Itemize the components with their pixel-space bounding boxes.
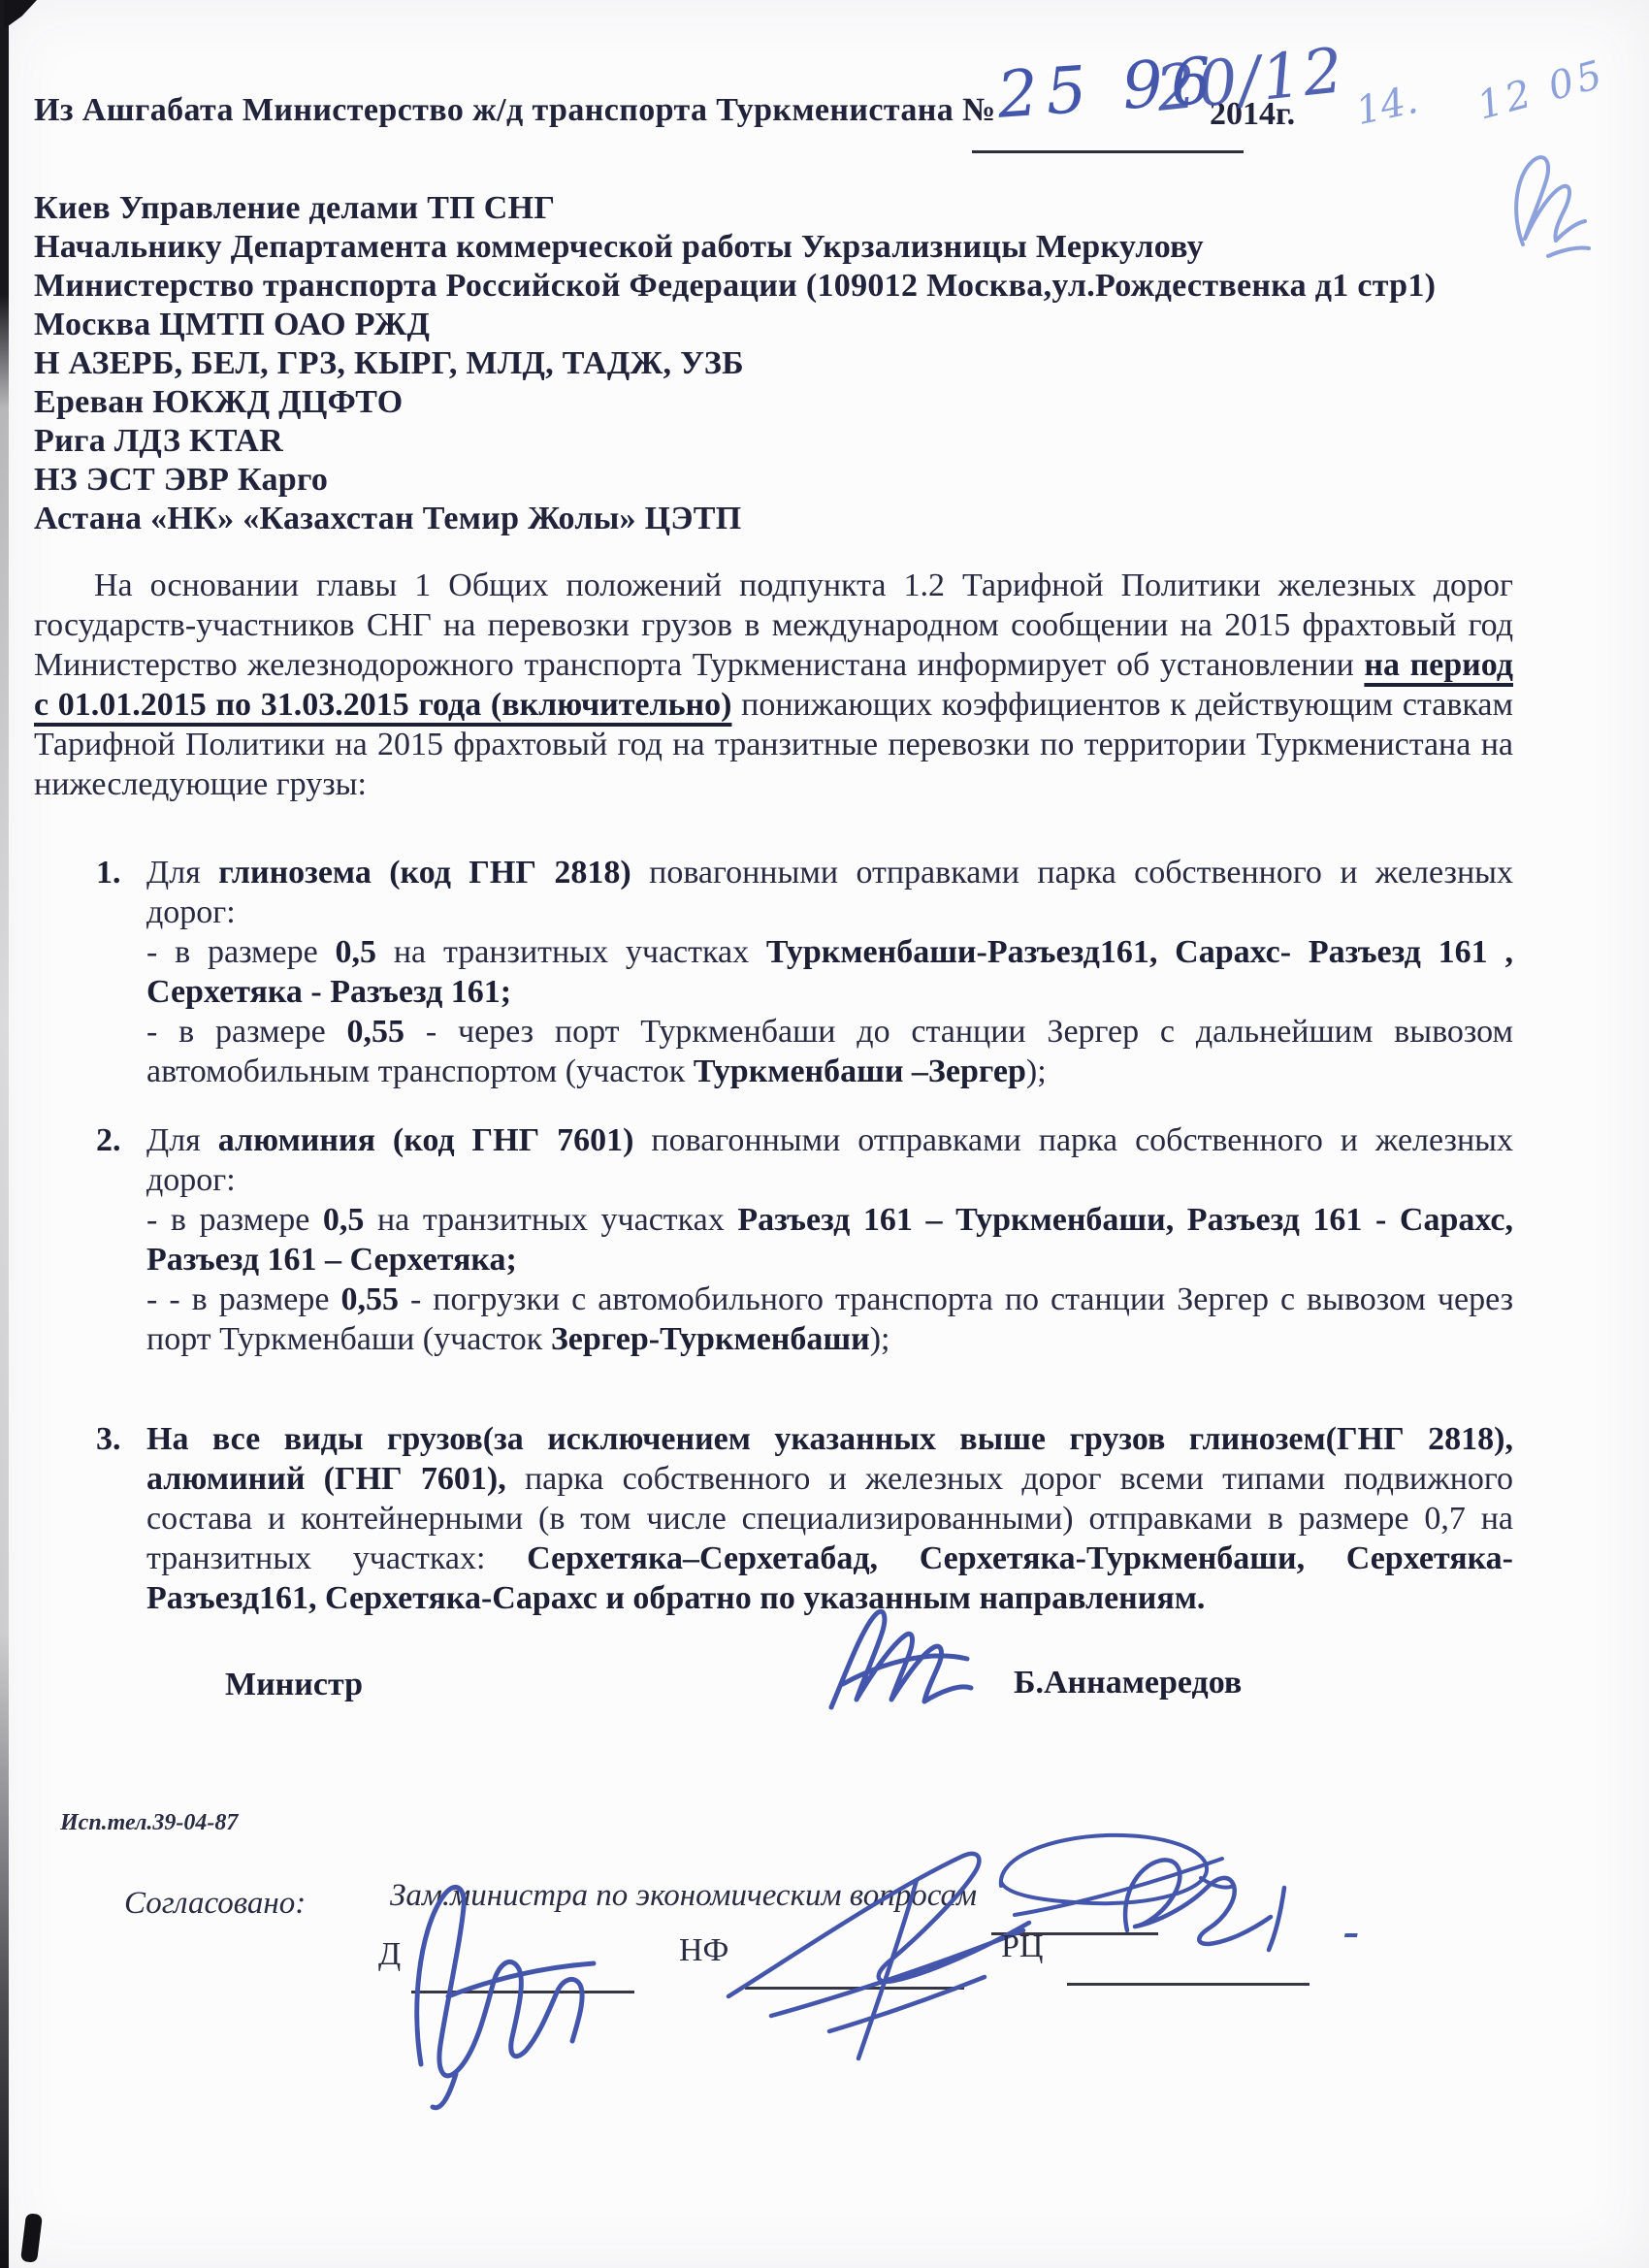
scanned-letter-page: Из Ашгабата Министерство ж/д транспорта … — [0, 0, 1649, 2268]
recipient-line: Рига ЛДЗ KTAR — [34, 422, 1513, 461]
item-paragraph: - в размере 0,55 - через порт Туркменбаш… — [146, 1012, 1513, 1091]
text-segment: ); — [870, 1321, 890, 1357]
item-text: Для алюминия (код ГНГ 7601) повагонными … — [146, 1120, 1513, 1359]
text-segment: на транзитных участках — [376, 934, 766, 970]
recipient-line: Министерство транспорта Российской Федер… — [34, 267, 1513, 306]
list-item-1: 1. Для глинозема (код ГНГ 2818) повагонн… — [96, 853, 1513, 1091]
text-segment: 0,55 — [347, 1014, 405, 1050]
text-segment: - в размере — [146, 934, 336, 970]
items-list: 1. Для глинозема (код ГНГ 2818) повагонн… — [96, 853, 1513, 1618]
item-text: На все виды грузов(за исключением указан… — [146, 1419, 1513, 1618]
text-segment: Для — [146, 1122, 218, 1158]
item-paragraph: - - в размере 0,55 - погрузки с автомоби… — [146, 1280, 1513, 1359]
item-number: 3. — [96, 1419, 146, 1618]
minister-name: Б.Аннамередов — [1014, 1665, 1242, 1701]
executor-phone: Исп.тел.39-04-87 — [60, 1810, 238, 1836]
minister-title: Министр — [225, 1667, 363, 1703]
rc-label: РЦ — [1001, 1928, 1043, 1965]
text-segment: 0,5 — [336, 934, 377, 970]
text-segment: ); — [1026, 1053, 1047, 1089]
origin-line: Из Ашгабата Министерство ж/д транспорта … — [34, 92, 996, 129]
recipients-block: Киев Управление делами ТП СНГ Начальнику… — [34, 189, 1513, 538]
text-segment: 0,55 — [340, 1281, 399, 1317]
recipient-line: НЗ ЭСТ ЭВР Карго — [34, 461, 1513, 500]
recipient-line: Астана «НК» «Казахстан Темир Жолы» ЦЭТП — [34, 500, 1513, 538]
agreed-label: Согласовано: — [124, 1886, 306, 1922]
d-signature — [386, 1870, 638, 2113]
text-segment: глинозема (код ГНГ 2818) — [218, 855, 631, 891]
item-paragraph: На все виды грузов(за исключением указан… — [146, 1419, 1513, 1618]
item-paragraph: - в размере 0,5 на транзитных участках Р… — [146, 1200, 1513, 1280]
recipient-line: Ереван ЮКЖД ДЦФТО — [34, 383, 1513, 422]
rc-signature — [1094, 1830, 1366, 1994]
text-segment: - в размере — [146, 1014, 347, 1050]
scan-edge-strip — [0, 0, 9, 2268]
letter-body: Киев Управление делами ТП СНГ Начальнику… — [34, 189, 1513, 1618]
scan-corner-mark — [4, 0, 37, 29]
item-number: 2. — [96, 1120, 146, 1359]
registration-note-2: 12 05 — [1472, 51, 1610, 128]
list-item-2: 2. Для алюминия (код ГНГ 7601) повагонны… — [96, 1120, 1513, 1359]
item-text: Для глинозема (код ГНГ 2818) повагонными… — [146, 853, 1513, 1091]
text-segment: Туркменбаши –Зергер — [694, 1053, 1026, 1089]
scan-bottom-mark — [20, 2213, 43, 2263]
text-segment: - в размере — [146, 1202, 323, 1238]
text-segment: - - в размере — [146, 1281, 340, 1317]
recipient-line: Киев Управление делами ТП СНГ — [34, 189, 1513, 228]
text-segment: на транзитных участках — [364, 1202, 737, 1238]
nf-signature — [713, 1841, 1043, 2074]
recipient-line: Н АЗЕРБ, БЕЛ, ГРЗ, КЫРГ, МЛД, ТАДЖ, УЗБ — [34, 344, 1513, 383]
trailing-dash-handwritten: - — [1342, 1903, 1360, 1961]
recipient-line: Москва ЦМТП ОАО РЖД — [34, 306, 1513, 344]
minister-signature — [820, 1603, 985, 1729]
doc-number-blank-line — [972, 150, 1244, 153]
intro-paragraph: На основании главы 1 Общих положений под… — [34, 566, 1513, 804]
list-item-3: 3. На все виды грузов(за исключением ука… — [96, 1419, 1513, 1618]
text-segment: На основании главы 1 Общих положений под… — [34, 567, 1513, 683]
text-segment: Для — [146, 855, 218, 891]
item-paragraph: Для глинозема (код ГНГ 2818) повагонными… — [146, 853, 1513, 932]
text-segment: Зергер-Туркменбаши — [551, 1321, 870, 1357]
item-number: 1. — [96, 853, 146, 1091]
text-segment: 0,5 — [323, 1202, 365, 1238]
text-segment: алюминия (код ГНГ 7601) — [218, 1122, 634, 1158]
registration-note: 14. — [1352, 78, 1422, 134]
recipient-line: Начальнику Департамента коммерческой раб… — [34, 228, 1513, 267]
item-paragraph: Для алюминия (код ГНГ 7601) повагонными … — [146, 1120, 1513, 1200]
item-paragraph: - в размере 0,5 на транзитных участках Т… — [146, 932, 1513, 1012]
